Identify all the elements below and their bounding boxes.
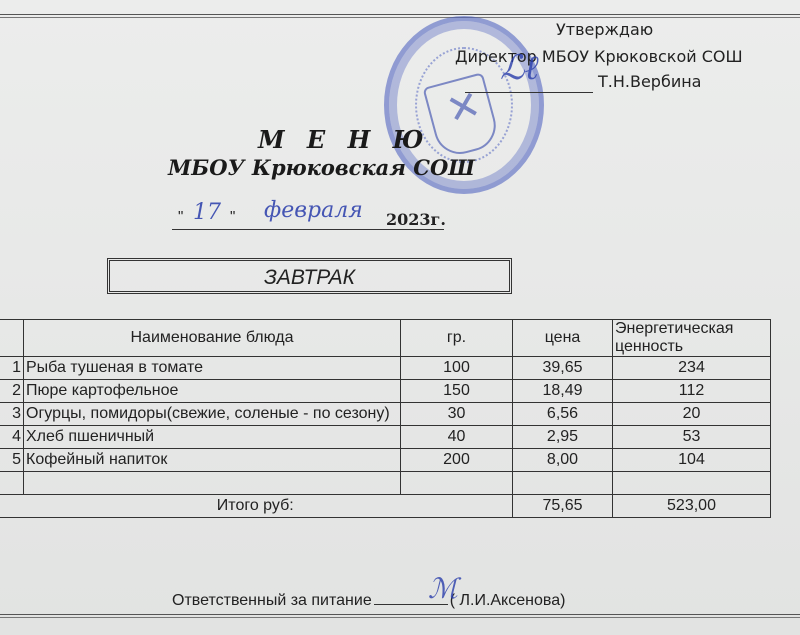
row-number: 2	[0, 380, 24, 403]
approval-name: Т.Н.Вербина	[598, 72, 701, 91]
bottom-border-rule	[0, 614, 800, 615]
header-energy: Энергетическая ценность	[613, 320, 771, 357]
table-row: 3 Огурцы, помидоры(свежие, соленые - по …	[0, 403, 771, 426]
menu-table: Наименование блюда гр. цена Энергетическ…	[0, 319, 771, 518]
dish-energy: 20	[613, 403, 771, 426]
meal-section-box: ЗАВТРАК	[107, 258, 512, 294]
approval-role: Директор МБОУ Крюковской СОШ	[455, 47, 743, 66]
top-border-rule	[0, 14, 800, 15]
dish-name: Огурцы, помидоры(свежие, соленые - по се…	[24, 403, 401, 426]
bottom-border-rule-double	[0, 617, 800, 618]
date-open-quote: "	[178, 208, 183, 225]
responsible-label: Ответственный за питание	[172, 592, 372, 609]
table-row-empty	[0, 472, 771, 495]
dish-price: 8,00	[513, 449, 613, 472]
row-number: 4	[0, 426, 24, 449]
dish-price: 2,95	[513, 426, 613, 449]
date-month: февраля	[264, 198, 363, 223]
date-day: 17	[193, 200, 221, 225]
table-total-row: Итого руб: 75,65 523,00	[0, 495, 771, 518]
header-number	[0, 320, 24, 357]
dish-grams: 40	[401, 426, 513, 449]
dish-energy: 104	[613, 449, 771, 472]
director-signature-icon: ℒℓ	[500, 48, 539, 88]
date-close-quote: "	[230, 208, 235, 225]
header-price: цена	[513, 320, 613, 357]
table-header-row: Наименование блюда гр. цена Энергетическ…	[0, 320, 771, 357]
table-row: 1 Рыба тушеная в томате 100 39,65 234	[0, 357, 771, 380]
dish-name: Кофейный напиток	[24, 449, 401, 472]
top-border-rule-double	[0, 17, 800, 18]
header-dish-name: Наименование блюда	[24, 320, 401, 357]
table-row: 5 Кофейный напиток 200 8,00 104	[0, 449, 771, 472]
table-row: 4 Хлеб пшеничный 40 2,95 53	[0, 426, 771, 449]
dish-name: Пюре картофельное	[24, 380, 401, 403]
dish-price: 6,56	[513, 403, 613, 426]
table-row: 2 Пюре картофельное 150 18,49 112	[0, 380, 771, 403]
total-label: Итого руб:	[0, 495, 513, 518]
responsible-person: Ответственный за питание( Л.И.Аксенова)	[172, 592, 565, 610]
responsible-name: ( Л.И.Аксенова)	[450, 592, 566, 609]
page-title: М Е Н Ю	[258, 125, 431, 154]
dish-name: Рыба тушеная в томате	[24, 357, 401, 380]
row-number: 1	[0, 357, 24, 380]
date-year: 2023г.	[386, 210, 446, 229]
dish-price: 39,65	[513, 357, 613, 380]
dish-grams: 30	[401, 403, 513, 426]
dish-price: 18,49	[513, 380, 613, 403]
approval-title: Утверждаю	[556, 20, 653, 39]
director-signature-line	[465, 92, 593, 93]
meal-label: ЗАВТРАК	[110, 266, 509, 290]
dish-energy: 53	[613, 426, 771, 449]
total-price: 75,65	[513, 495, 613, 518]
dish-grams: 200	[401, 449, 513, 472]
school-name: МБОУ Крюковская СОШ	[168, 155, 475, 180]
dish-grams: 150	[401, 380, 513, 403]
row-number: 3	[0, 403, 24, 426]
responsible-signature-icon: ℳ	[428, 572, 458, 605]
dish-energy: 112	[613, 380, 771, 403]
total-energy: 523,00	[613, 495, 771, 518]
dish-name: Хлеб пшеничный	[24, 426, 401, 449]
header-grams: гр.	[401, 320, 513, 357]
dish-grams: 100	[401, 357, 513, 380]
dish-energy: 234	[613, 357, 771, 380]
row-number: 5	[0, 449, 24, 472]
